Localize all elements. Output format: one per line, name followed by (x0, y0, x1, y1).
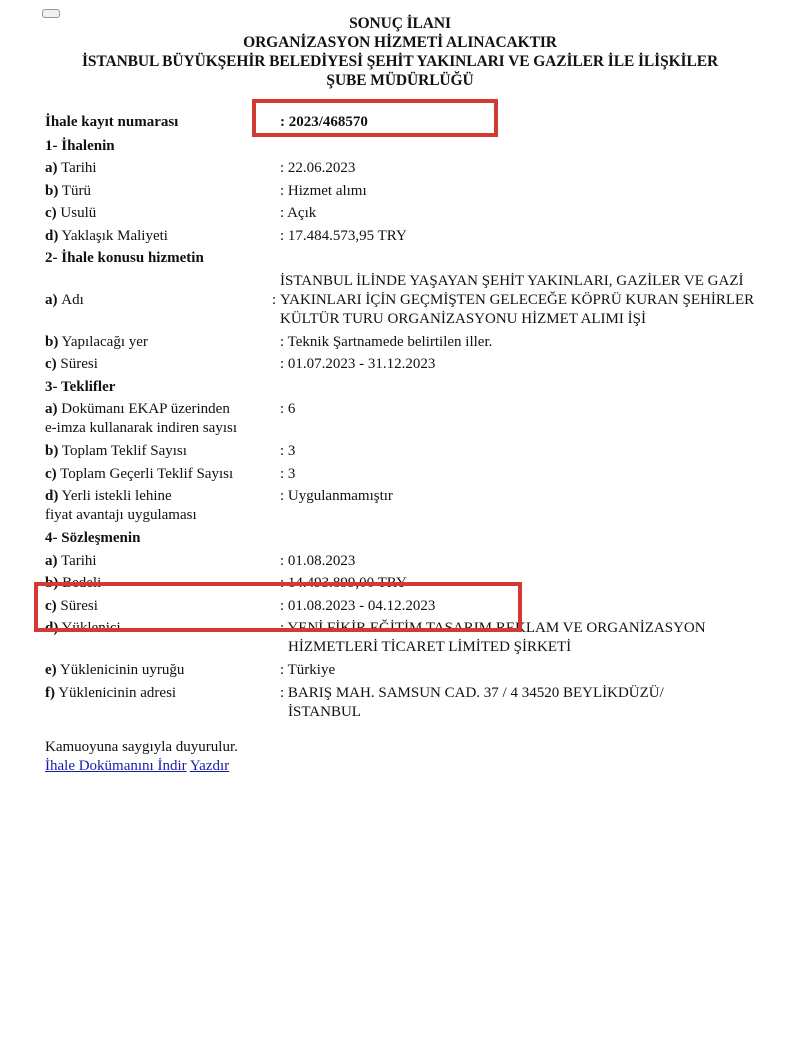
field-label: Yerli istekli lehine (62, 488, 172, 504)
field-value: : 17.484.573,95 TRY (280, 225, 785, 248)
field-row: e) Yüklenicinin uyruğu : Türkiye (45, 659, 785, 682)
department-name: ŞUBE MÜDÜRLÜĞÜ (0, 71, 800, 90)
field-label: Tarihi (61, 553, 97, 569)
contractor-address-cont: İSTANBUL (280, 704, 361, 720)
section-title-contract: 4- Sözleşmenin (45, 527, 785, 550)
field-row: c) Süresi : 01.07.2023 - 31.12.2023 (45, 353, 785, 376)
field-label: Usulü (60, 205, 96, 221)
notice-footer: Kamuoyuna saygıyla duyurulur. İhale Dokü… (45, 738, 238, 776)
field-row: a) Tarihi : 01.08.2023 (45, 550, 785, 573)
field-label: Süresi (60, 598, 98, 614)
section-title-subject: 2- İhale konusu hizmetin (45, 247, 785, 270)
field-value: : Türkiye (280, 659, 785, 682)
field-label: Yüklenici (62, 620, 121, 636)
field-value: : 01.07.2023 - 31.12.2023 (280, 353, 785, 376)
field-label: Yüklenicinin uyruğu (60, 662, 185, 678)
field-row: b) Toplam Teklif Sayısı : 3 (45, 440, 785, 463)
field-label-cont: fiyat avantajı uygulaması (45, 507, 197, 523)
field-value: : 6 (280, 400, 785, 438)
field-label: Yapılacağı yer (62, 334, 148, 350)
field-value: : 01.08.2023 (280, 550, 785, 573)
field-row: c) Usulü : Açık (45, 202, 785, 225)
field-label: Süresi (60, 356, 98, 372)
field-value: : Teknik Şartnamede belirtilen iller. (280, 331, 785, 354)
field-row: a) Tarihi : 22.06.2023 (45, 157, 785, 180)
section-title-tender: 1- İhalenin (45, 135, 785, 158)
field-label: Dokümanı EKAP üzerinden (61, 401, 230, 417)
section-title-offers: 3- Teklifler (45, 376, 785, 399)
notice-header: SONUÇ İLANI ORGANİZASYON HİZMETİ ALINACA… (0, 14, 800, 90)
contractor-address: : BARIŞ MAH. SAMSUN CAD. 37 / 4 34520 BE… (280, 685, 664, 701)
field-row: d) Yaklaşık Maliyeti : 17.484.573,95 TRY (45, 225, 785, 248)
notice-subtitle: ORGANİZASYON HİZMETİ ALINACAKTIR (0, 33, 800, 52)
field-label: Tarihi (61, 160, 97, 176)
field-value: İSTANBUL İLİNDE YAŞAYAN ŞEHİT YAKINLARI,… (280, 270, 785, 331)
field-row: c) Süresi : 01.08.2023 - 04.12.2023 (45, 595, 785, 618)
contract-price-value: : 14.493.899,00 TRY (280, 572, 785, 595)
field-label-cont: e-imza kullanarak indiren sayısı (45, 420, 237, 436)
field-label: Adı (61, 289, 84, 312)
field-row: a) Dokümanı EKAP üzerindene-imza kullana… (45, 398, 785, 440)
field-label: Toplam Teklif Sayısı (62, 443, 187, 459)
registration-value: : 2023/468570 (280, 111, 785, 134)
field-value: : 3 (280, 463, 785, 486)
field-label: Yaklaşık Maliyeti (62, 228, 168, 244)
field-label: Bedeli (62, 575, 101, 591)
field-value: : 3 (280, 440, 785, 463)
notice-body: İhale kayıt numarası : 2023/468570 1- İh… (45, 108, 785, 724)
institution-name: İSTANBUL BÜYÜKŞEHİR BELEDİYESİ ŞEHİT YAK… (0, 52, 800, 71)
field-row: c) Toplam Geçerli Teklif Sayısı : 3 (45, 463, 785, 486)
download-document-link[interactable]: İhale Dokümanını İndir (45, 758, 187, 774)
field-value: : Uygulanmamıştır (280, 487, 785, 525)
field-label: Yüklenicinin adresi (58, 685, 176, 701)
field-row: f) Yüklenicinin adresi : BARIŞ MAH. SAMS… (45, 682, 785, 724)
field-row: b) Türü : Hizmet alımı (45, 180, 785, 203)
field-value: : Açık (280, 202, 785, 225)
notice-title: SONUÇ İLANI (0, 14, 800, 33)
field-label: Toplam Geçerli Teklif Sayısı (60, 466, 233, 482)
field-row: d) Yüklenici : YENİ FİKİR EĞİTİM TASARIM… (45, 617, 785, 659)
field-row: d) Yerli istekli lehinefiyat avantajı uy… (45, 485, 785, 527)
contractor-name-cont: HİZMETLERİ TİCARET LİMİTED ŞİRKETİ (280, 639, 571, 655)
closing-text: Kamuoyuna saygıyla duyurulur. (45, 738, 238, 757)
registration-label: İhale kayıt numarası (45, 111, 280, 134)
field-value: : Hizmet alımı (280, 180, 785, 203)
field-value: : 22.06.2023 (280, 157, 785, 180)
registration-row: İhale kayıt numarası : 2023/468570 (45, 108, 785, 135)
contract-duration-value: : 01.08.2023 - 04.12.2023 (280, 595, 785, 618)
field-row: b) Bedeli : 14.493.899,00 TRY (45, 572, 785, 595)
contractor-name: : YENİ FİKİR EĞİTİM TASARIM REKLAM VE OR… (280, 620, 706, 636)
field-row: a) Adı : İSTANBUL İLİNDE YAŞAYAN ŞEHİT Y… (45, 270, 785, 331)
print-link[interactable]: Yazdır (190, 758, 229, 774)
field-row: b) Yapılacağı yer : Teknik Şartnamede be… (45, 331, 785, 354)
field-label: Türü (62, 183, 91, 199)
